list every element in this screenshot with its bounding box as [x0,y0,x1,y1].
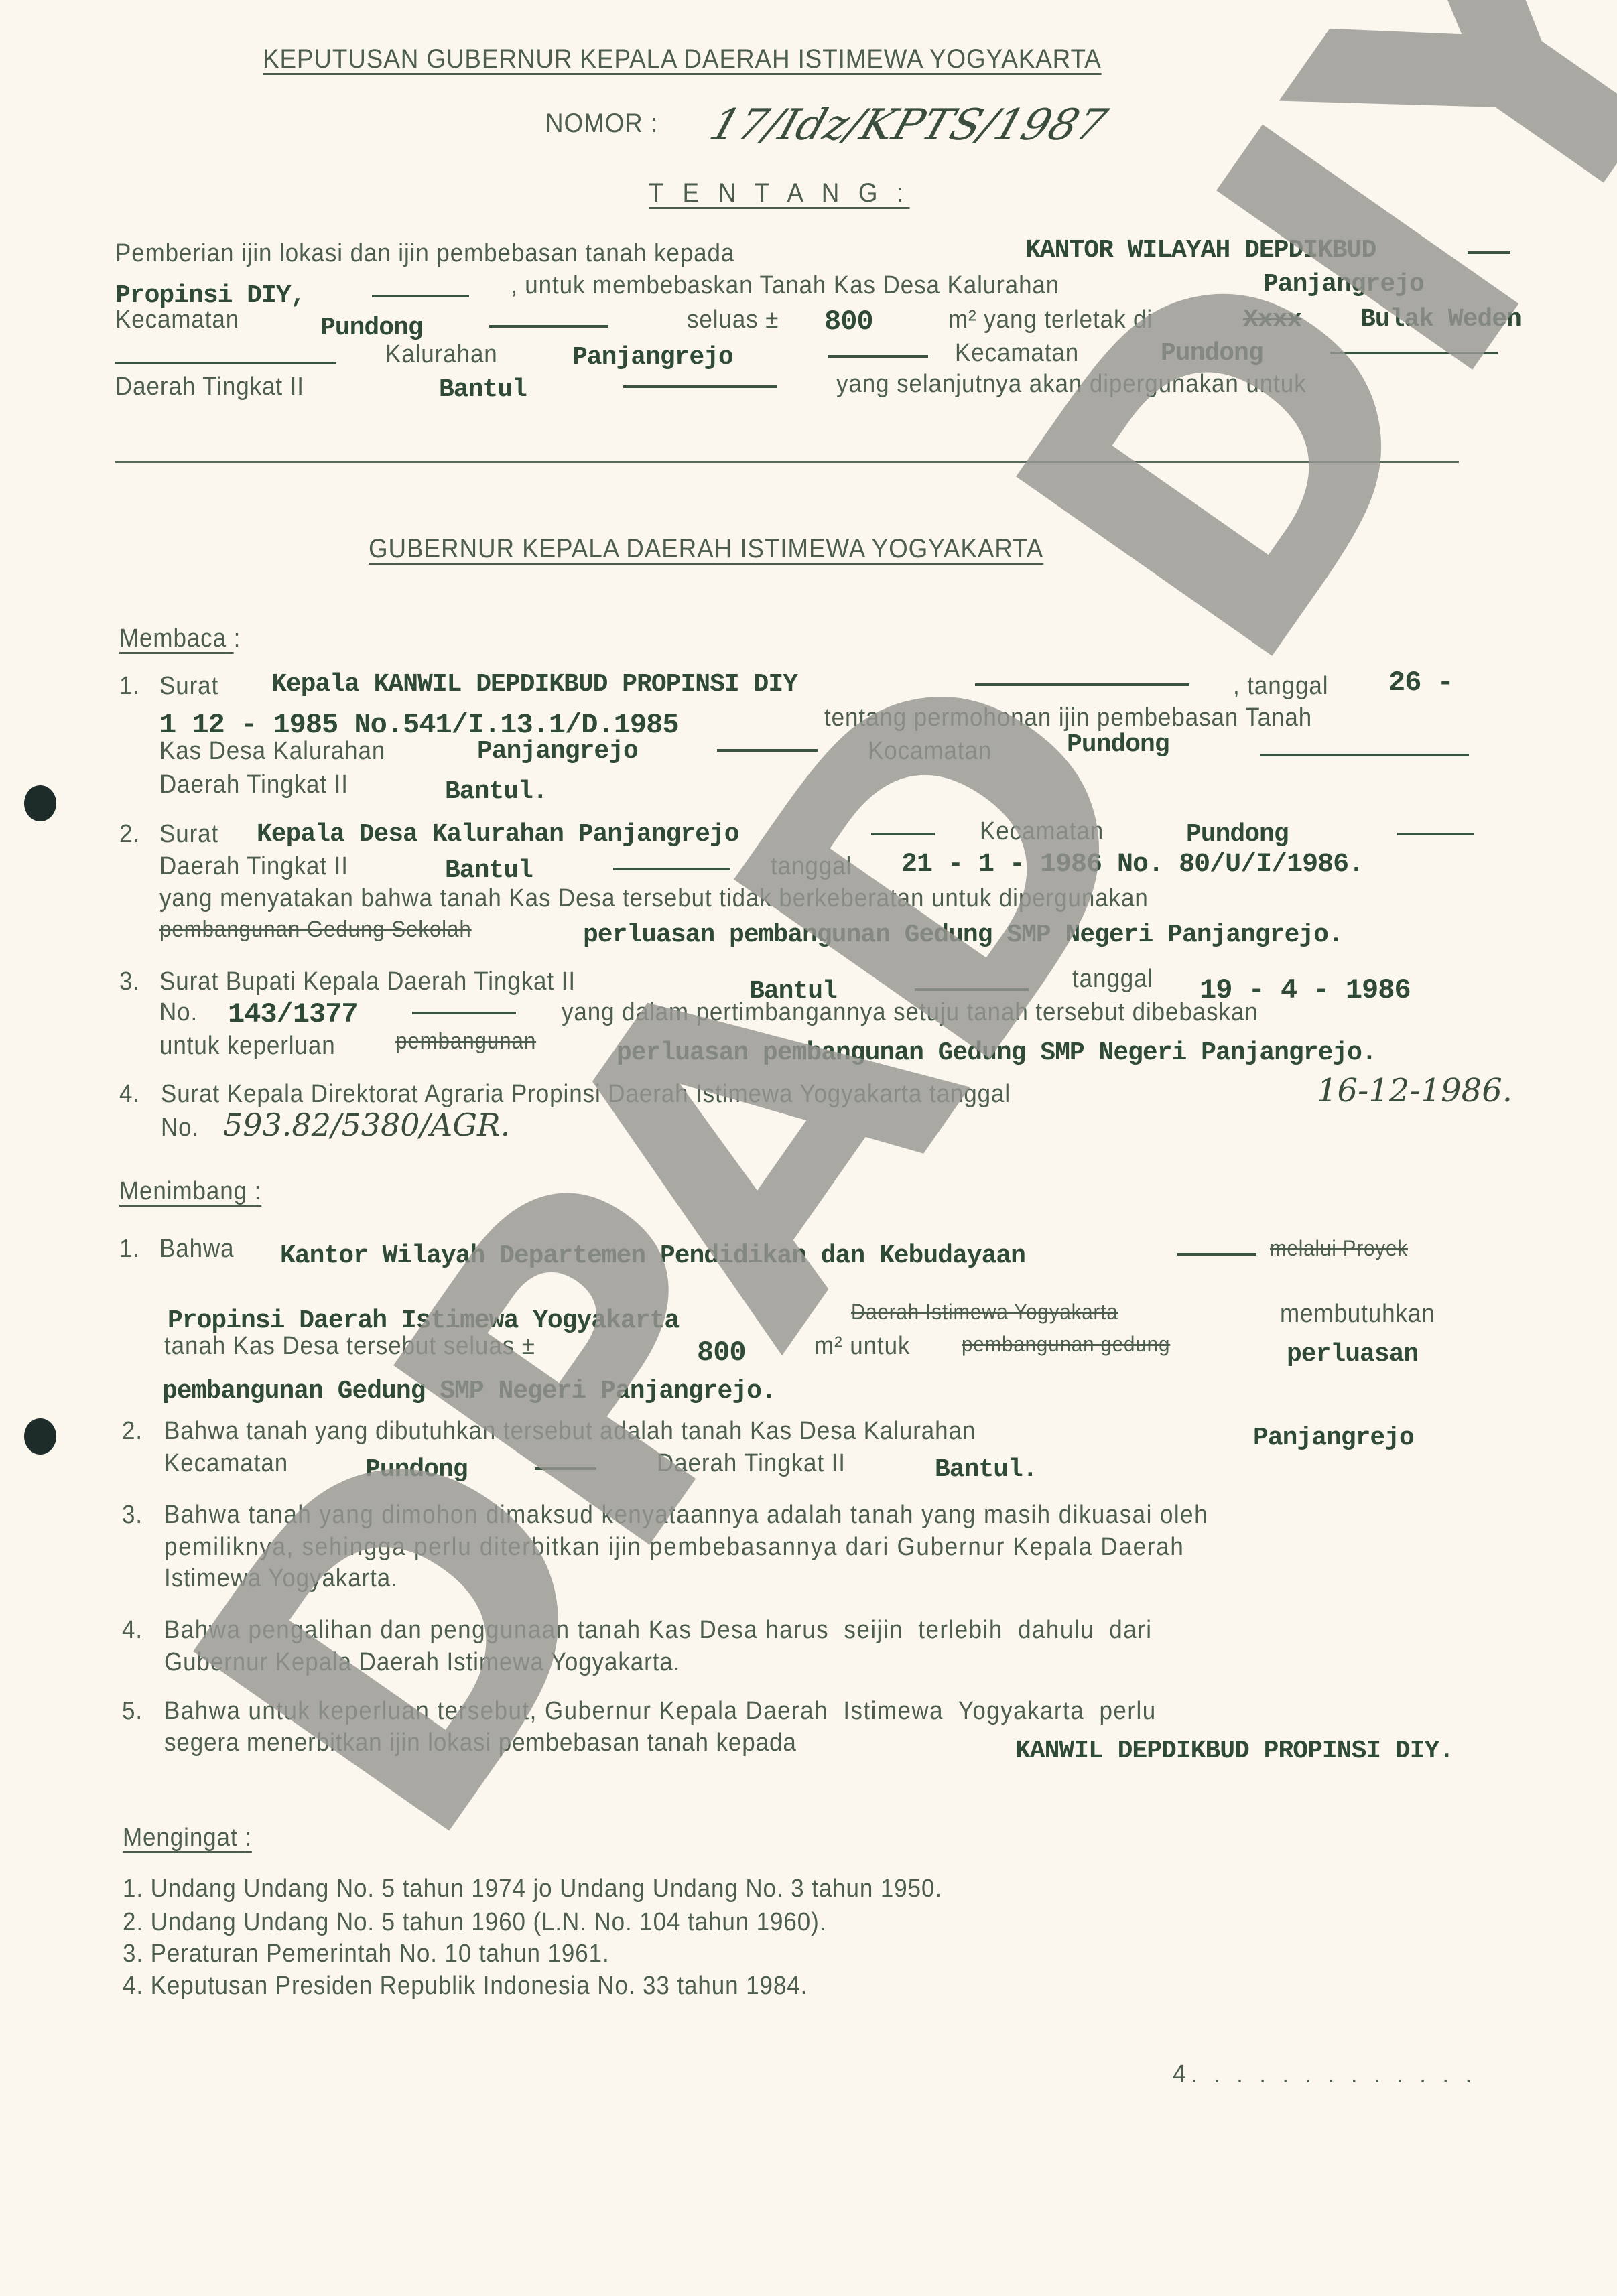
subject-kecamatan: Pundong [320,314,423,342]
dash-line [535,1467,596,1470]
menimbang-heading: Menimbang : [119,1177,261,1206]
item-kecamatan: Pundong [365,1455,468,1484]
dash-line [1260,754,1469,756]
subject-text: Pemberian ijin lokasi dan ijin pembebasa… [115,239,734,268]
dash-line [1330,352,1498,354]
item-text: untuk keperluan [159,1032,336,1061]
item-text: Surat [159,672,218,701]
item-text: , tanggal [1233,672,1328,701]
item-text: membutuhkan [1280,1300,1435,1329]
dash-line [115,362,336,364]
item-text: Daerah Tingkat II [159,770,348,799]
item-text: Istimewa Yogyakarta. [164,1564,398,1593]
item-struck-text: pembangunan Gedung Sekolah [159,917,472,943]
document-page: KEPUTUSAN GUBERNUR KEPALA DAERAH ISTIMEW… [0,0,1617,2296]
dash-line [1177,1253,1256,1256]
item-kalurahan: Panjangrejo [1253,1424,1414,1453]
subject-text: seluas ± [687,306,779,334]
authority-heading: GUBERNUR KEPALA DAERAH ISTIMEWA YOGYAKAR… [369,534,1043,564]
item-struck-text: pembangunan [395,1028,536,1055]
item-text: tanah Kas Desa tersebut seluas ± [164,1332,535,1361]
item-number: 3. [122,1501,143,1530]
subject-text: yang selanjutnya akan dipergunakan untuk [836,370,1307,399]
item-date-number: 21 - 1 - 1986 No. 80/U/I/1986. [901,850,1364,880]
item-text: m² untuk [814,1332,910,1361]
item-sender: Kepala Desa Kalurahan Panjangrejo [257,820,739,849]
item-text: Kecamatan [164,1449,288,1478]
legal-basis-item: 4. Keputusan Presiden Republik Indonesia… [123,1972,807,2001]
dash-line [975,683,1189,686]
item-kecamatan: Pundong [1067,730,1169,759]
dash-line [915,988,1029,991]
subject-recipient: KANTOR WILAYAH DEPDIKBUD [1025,236,1376,265]
subject-text: Daerah Tingkat II [115,373,304,401]
item-struck-text: melalui Proyek [1270,1236,1408,1261]
dash-line [372,295,469,297]
item-number: 1. [119,1235,140,1264]
subject-location: Bulak Weden [1360,305,1521,334]
item-text: Gubernur Kepala Daerah Istimewa Yogyakar… [164,1648,680,1677]
item-kalurahan: Panjangrejo [477,737,638,766]
item-number: 5. [122,1697,143,1726]
item-text: No. [159,998,198,1027]
item-number-ref: 143/1377 [228,998,358,1030]
subject-kabupaten: Bantul [439,375,527,404]
item-sender: Kepala KANWIL DEPDIKBUD PROPINSI DIY [271,670,797,699]
item-text: No. [161,1113,199,1142]
item-text: tanggal [771,852,852,881]
legal-basis-item: 1. Undang Undang No. 5 tahun 1974 jo Und… [123,1875,942,1903]
subject-text: Kecamatan [115,306,239,334]
item-area: 800 [697,1337,746,1369]
item-text: segera menerbitkan ijin lokasi pembebasa… [164,1729,797,1757]
dash-line [412,1012,516,1014]
item-text: Surat Bupati Kepala Daerah Tingkat II [159,967,576,996]
legal-basis-item: 2. Undang Undang No. 5 tahun 1960 (L.N. … [123,1908,826,1937]
item-kecamatan: Pundong [1186,820,1289,849]
item-date: 26 - [1388,667,1453,699]
subject-kecamatan: Pundong [1161,339,1263,368]
subject-struck-text: Xxxx [1243,306,1301,334]
legal-basis-item: 3. Peraturan Pemerintah No. 10 tahun 196… [123,1940,610,1968]
dash-line [489,325,608,328]
mengingat-heading: Mengingat : [123,1824,252,1852]
item-number: 4. [122,1616,143,1645]
dash-line [1468,251,1510,254]
item-number: 3. [119,967,140,996]
dash-line [623,385,777,388]
item-purpose: perluasan pembangunan Gedung SMP Negeri … [617,1038,1376,1067]
subject-kalurahan: Panjangrejo [1263,270,1424,299]
tentang-heading: T E N T A N G : [649,178,910,208]
dash-line [717,749,818,752]
item-text: Kocamatan [868,737,992,766]
item-subject-cont: Propinsi Daerah Istimewa Yogyakarta [168,1306,679,1335]
item-text: Kas Desa Kalurahan [159,737,385,766]
nomor-label: NOMOR : [545,109,658,139]
membaca-heading: Membaca : [119,624,241,653]
subject-kalurahan: Panjangrejo [572,343,733,372]
item-kabupaten: Bantul [445,856,533,885]
dash-line [1397,833,1474,835]
item-text: Bahwa tanah yang dibutuhkan tersebut ada… [164,1417,976,1446]
item-text: yang menyatakan bahwa tanah Kas Desa ter… [159,884,1149,913]
item-handwritten-number: 593.82/5380/AGR. [223,1107,510,1143]
item-text: pemiliknya, sehingga perlu diterbitkan i… [164,1533,1185,1562]
item-text: Daerah Tingkat II [159,852,348,881]
item-text: Surat Kepala Direktorat Agraria Propinsi… [161,1080,1011,1109]
item-text: Kecamatan [980,817,1104,846]
item-date-number: 1 12 - 1985 No.541/I.13.1/D.1985 [159,709,679,741]
item-purpose: perluasan pembangunan Gedung SMP Negeri … [583,921,1343,949]
item-text: tanggal [1072,965,1153,994]
next-page-marker: 4. . . . . . . . . . . . . [1173,2060,1477,2089]
subject-text: m² yang terletak di [948,306,1153,334]
document-title: KEPUTUSAN GUBERNUR KEPALA DAERAH ISTIMEW… [263,44,1102,74]
dash-line [828,355,928,358]
item-recipient: KANWIL DEPDIKBUD PROPINSI DIY. [1015,1737,1453,1765]
subject-text: Kecamatan [955,339,1079,368]
item-text: Daerah Tingkat II [657,1449,846,1478]
item-text: Bahwa [159,1235,235,1264]
item-number: 2. [122,1417,143,1446]
item-text: Surat [159,820,218,849]
blank-rule [115,461,1459,463]
item-handwritten-date: 16-12-1986. [1317,1072,1512,1109]
dash-line [871,833,935,835]
item-struck-text: pembangunan gedung [962,1332,1170,1357]
item-struck-text: Daerah Istimewa Yogyakarta [851,1300,1118,1325]
item-text: tentang permohonan ijin pembebasan Tanah [824,703,1312,732]
item-text: Bahwa pengalihan dan penggunaan tanah Ka… [164,1616,1152,1645]
item-text: Bahwa tanah yang dimohon dimaksud kenyat… [164,1501,1208,1530]
subject-area: 800 [824,306,873,338]
item-text: yang dalam pertimbangannya setuju tanah … [562,998,1258,1027]
item-kabupaten: Bantul. [935,1455,1037,1484]
item-subject: Kantor Wilayah Departemen Pendidikan dan… [280,1241,1025,1270]
item-number: 2. [119,820,140,849]
punch-hole-top [24,785,56,821]
item-purpose: perluasan [1287,1340,1418,1369]
punch-hole-bottom [24,1418,56,1455]
item-text: Bahwa untuk keperluan tersebut, Gubernur… [164,1697,1157,1726]
subject-text: , untuk membebaskan Tanah Kas Desa Kalur… [511,271,1059,300]
item-kabupaten: Bantul. [445,777,547,806]
nomor-value: 17/Idz/KPTS/1987 [704,100,1112,150]
item-number: 4. [119,1080,140,1109]
dash-line [613,868,730,870]
subject-text: Kalurahan [385,340,498,369]
item-purpose-cont: pembangunan Gedung SMP Negeri Panjangrej… [162,1377,776,1406]
item-number: 1. [119,672,140,701]
